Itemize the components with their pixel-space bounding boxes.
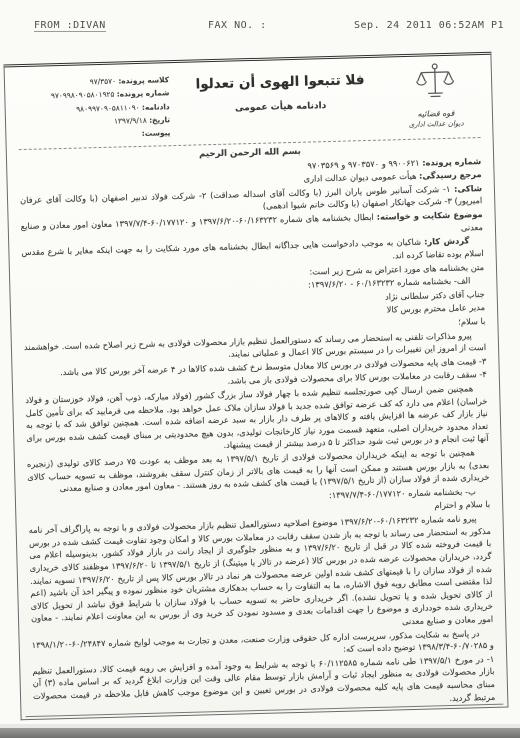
motto-block: فلا تتبعوا الهوی أن تعدلوا دادنامه هیأت … xyxy=(169,62,392,115)
attachment-label: پیوست: xyxy=(142,128,171,138)
judiciary-name: قوه قضائیه xyxy=(392,108,480,119)
complainant-label: شاکی: xyxy=(454,183,482,194)
case-number-label: شماره پرونده: xyxy=(117,88,170,98)
circular-b-heading-text: ب- بخشنامه شماره ۶۰/۱۷۷۱۲۰-۱۳۹۷/۷/۴: xyxy=(329,486,476,500)
verdict-number-label: دادنامه: xyxy=(142,102,170,112)
scales-of-justice-icon xyxy=(415,89,455,109)
authority-text: هیأت عمومی دیوان عدالت اداری xyxy=(303,171,419,184)
circular-a-heading-text: الف- بخشنامه شماره ۶۰/۱۶۳۲۳۲ - ۱۳۹۷/۶/۲۰… xyxy=(308,275,470,289)
subject-label: موضوع شکایت و خواسته: xyxy=(377,209,483,222)
case-class-label: کلاسه پرونده: xyxy=(118,75,169,85)
verdict-number-value: ۹۸۰۹۹۷۰۹۰۵۸۱۱۰۹۰ xyxy=(76,103,140,114)
addressee-text: جناب آقای دکتر سلطانی نژاد xyxy=(385,289,485,302)
fax-header: FROM :DIVAN FAX NO. : Sep. 24 2011 06:52… xyxy=(0,20,520,36)
case-class-value: ۹۷/۳۵۷۰ xyxy=(90,77,117,87)
authority-label: مرجع رسیدگی: xyxy=(419,169,482,181)
document-type-title: دادنامه هیأت عمومی xyxy=(170,99,392,115)
date-value: ۱۳۹۷/۹/۱۸ xyxy=(114,116,147,126)
document-body: شماره پرونده: ۹۹۰۰۶۲۱ و ۹۷۰۳۵۷۰ و ۹۷۰۳۵۶… xyxy=(19,155,495,716)
case-number-value: ۹۷۰۹۹۸۰۹۰۵۸۰۱۹۲۵ xyxy=(51,90,115,101)
minutes-paragraph-text: همچنین ضمن ارسال کپی صورتجلسه تنظیم شده … xyxy=(25,383,488,450)
document-page: قوه قضائیه دیوان عدالت اداری فلا تتبعوا … xyxy=(3,52,508,721)
fax-from-label: FROM :DIVAN xyxy=(34,20,106,32)
attachment-row: پیوست: xyxy=(18,126,170,143)
date-label: تاریخ: xyxy=(149,115,170,125)
letterhead: قوه قضائیه دیوان عدالت اداری فلا تتبعوا … xyxy=(17,58,481,150)
addressee-title-text: مدیر عامل محترم بورس کالا xyxy=(387,302,486,315)
circular-b-body: پیرو نامه شماره ۶۰/۱۶۳۲۳۲-۱۳۹۷/۶/۲۰ موضو… xyxy=(29,512,494,638)
file-numbers-label: شماره پرونده: xyxy=(422,156,481,168)
salutation-text: با سلام؛ xyxy=(458,316,485,327)
fax-timestamp: Sep. 24 2011 06:52AM P1 xyxy=(354,20,504,31)
circular-b-body-text: پیرو نامه شماره ۶۰/۱۶۳۲۳۲-۱۳۹۷/۶/۲۰ موضو… xyxy=(29,513,494,626)
case-info-block: کلاسه پرونده: ۹۷/۳۵۷۰ شماره پرونده: ۹۷۰۹… xyxy=(17,68,171,144)
proceedings-label: گردش کار: xyxy=(424,236,469,247)
court-name: دیوان عدالت اداری xyxy=(392,119,480,129)
minutes-paragraph: همچنین ضمن ارسال کپی صورتجلسه تنظیم شده … xyxy=(25,382,488,457)
quranic-motto: فلا تتبعوا الهوی أن تعدلوا xyxy=(169,71,391,93)
fax-number-label: FAX NO. : xyxy=(208,20,267,31)
scanner-edge-band xyxy=(0,728,520,738)
salutation2-text: با سلام و احترام xyxy=(434,499,490,510)
file-numbers-text: ۹۹۰۰۶۲۱ و ۹۷۰۳۵۷۰ و ۹۷۰۳۵۶۹ xyxy=(307,157,422,170)
court-emblem-block: قوه قضائیه دیوان عدالت اداری xyxy=(391,60,481,129)
